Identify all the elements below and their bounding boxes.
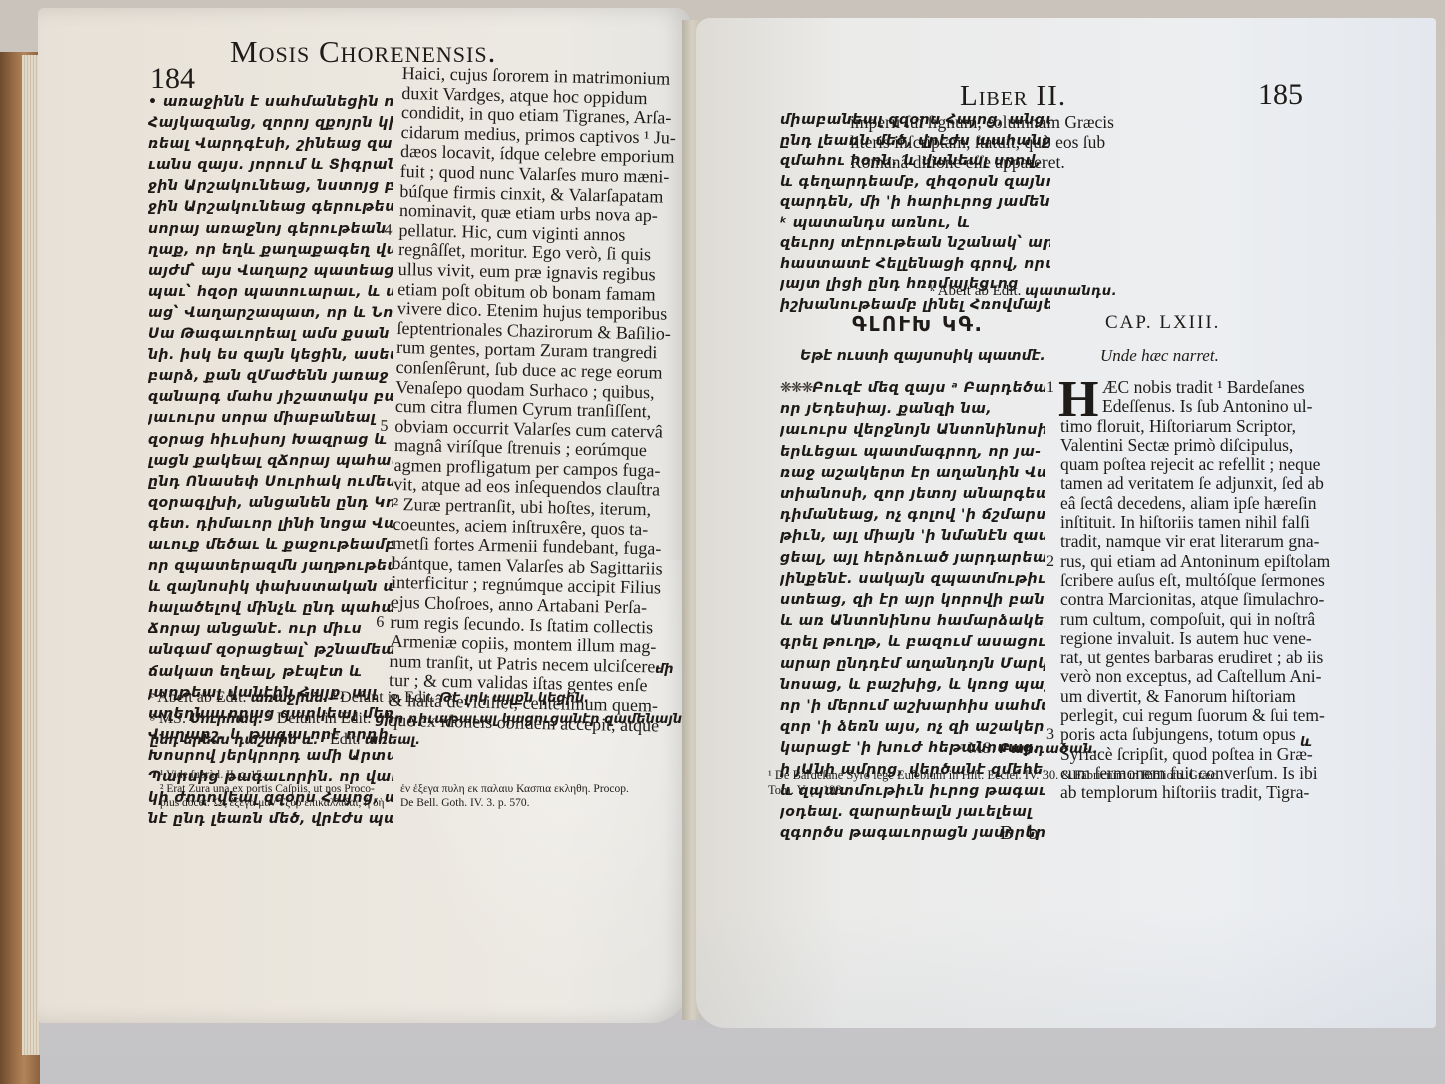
text-line: um divertit, & Fanorum hiſtoriam: [1060, 687, 1330, 706]
variant-note-row: ᵉ Abeſt ab Edit. առաջինն․ ᶠ Deſunt in Ed…: [150, 688, 682, 709]
text-line: Ճորայ անցանէ․ ուր միւս: [148, 619, 393, 640]
text-line: ընդ Ոնասեփ Սուրհակ ումեմն: [148, 472, 393, 493]
variant-notes-left: ᵉ Abeſt ab Edit. առաջինն․ ᶠ Deſunt in Ed…: [150, 688, 682, 751]
ms-note-latin: ᵃ MS.: [960, 740, 996, 757]
catchword-left: մի: [655, 662, 674, 677]
variant-note-text: առաջինն․: [251, 691, 333, 706]
text-line: quam poſtea rejecit ac refellit ; neque: [1060, 455, 1330, 474]
text-line: որ զպատերազմն յաղթութեամբ: [148, 556, 393, 577]
margin-number: 4: [384, 220, 392, 240]
variant-note-row: ᵍ MS. Սուրհակ․ ʰ Deſunt in Edit. ցիր դիւ…: [150, 709, 682, 730]
text-line: verò non exceptus, ad Caſtellum Ani-: [1060, 667, 1330, 686]
text-line: հալածելով մինչև ընդ պահակն: [148, 598, 393, 619]
text-line: յաւուրս սորա միաբանեալ: [148, 408, 393, 429]
footnote-1-right-cont: Tom. V. p. 198.: [768, 783, 1219, 798]
text-line: poris acta ſubjungens, totum opus: [1060, 725, 1330, 744]
text-line: թիւն, այլ միայն 'ի նմանէն զատու-: [780, 526, 1045, 547]
running-head-right: Liber II.: [960, 80, 1066, 113]
text-line: լացն քակեալ զՃորայ պահակն: [148, 451, 393, 472]
text-line: ղաք, որ եղև քաղաքագեղ վաճառ-: [148, 240, 393, 261]
text-line: perlegit, cui regum ſuorum & ſui tem-: [1060, 706, 1330, 725]
variant-note-text: ᵍ MS.: [150, 710, 190, 727]
text-line: regione invaluit. Is autem huc vene-: [1060, 629, 1330, 648]
text-line: ᵏ պատանդս առնու, և: [780, 213, 1050, 234]
text-line: բարձ, քան զՄաժենն յառաջ բարե: [148, 366, 393, 387]
text-line: ճակատ եղեալ, թէպէտ և: [148, 662, 393, 683]
variant-note-text: ընդ երեսս դաշտին և․: [150, 733, 323, 748]
text-line: յաւուրս վերջնոյն Անտոնինոսի,: [780, 420, 1045, 441]
text-line: որ 'ի մերում աշխարհիս սահմանեցան,: [780, 696, 1045, 717]
text-line: գետ․ դիմաւոր լինի նոցա Վաղարշ: [148, 514, 393, 535]
text-line: • առաջինն է սահմանեցին որ 'ի: [148, 92, 393, 113]
footnote-2-cont: pius docet. Ὡς ἐξεγα μαν Τζυρ επικαλλιδα…: [160, 796, 390, 810]
variant-note-row: ընդ երեսս դաշտին և․ ⁱ Edit. առեալ․: [150, 730, 682, 751]
text-line: և զայնոսիկ փախստական արարեալ,: [148, 577, 393, 598]
text-line: timo floruit, Hiſtoriarum Scriptor,: [1060, 417, 1330, 436]
text-line: ❋❋❋Բուզէ մեզ զայս ᵃ Բարդեծան,: [780, 378, 1045, 399]
footnote-2-greek: ἐν ἐξεγα πυλη εκ παλαιυ Κασπια εκληθη. P…: [400, 782, 680, 796]
margin-number: 6: [376, 612, 384, 632]
text-line: որ յԵդեսիայ․ քանզի նա,: [780, 399, 1045, 420]
text-line: զոր 'ի ձեռն այս, ոչ զի աշակերտեալ: [780, 717, 1045, 738]
text-line: այժմ՝ այս Վաղարշ պատեաց պարս-: [148, 261, 393, 282]
ornament-icon: ❋❋❋: [780, 380, 812, 396]
variant-note-text: առեալ․: [365, 733, 420, 748]
margin-number: 5: [380, 416, 388, 436]
text-line: contra Marcionitas, atque ſimulachro-: [1060, 590, 1330, 609]
text-line: ստեաց, զի էր այր կորովի բանից, որ: [780, 590, 1045, 611]
chapter-subtitle-latin: Unde hæc narret.: [1100, 346, 1219, 366]
text-line: յինքենէ․ սակայն զպատմութիւն ոչ: [780, 569, 1045, 590]
variant-note-text: ʰ Deſunt in Edit.: [268, 710, 376, 727]
variant-note-armenian: պատանդս․: [1025, 284, 1117, 299]
page-number-right: 185: [1258, 78, 1303, 112]
text-line: ջին Արշակունեաց, նստոյց բըզշ-: [148, 176, 393, 197]
text-line: և գեղարդեամբ, զհզօրսն զայնոսիկ: [780, 172, 1050, 193]
latin-column-right-top: imperii ſui ſignum, columnam Græcisliter…: [850, 112, 1114, 172]
ms-note-right: ᵃ MS. Բարդածան․: [960, 740, 1098, 758]
text-line: tamen ad veritatem ſe adjunxit, ſed ab: [1060, 474, 1330, 493]
text-line: նի․ իսկ ես զայն կեցին, ասեմ զօս: [148, 345, 393, 366]
text-line: ÆC nobis tradit ¹ Bardeſanes: [1060, 378, 1330, 397]
variant-note-right: ᵏ Abeſt ab Edit. պատանդս․: [930, 283, 1117, 300]
margin-number: 2: [1046, 552, 1054, 572]
text-line: զանարգ մահս յիշատակս բարի: [148, 387, 393, 408]
text-line: գրել թուղթ, և բազում ասացուածս: [780, 632, 1045, 653]
margin-number: 1: [1046, 378, 1054, 398]
text-line: դիմանեաց, ոչ գոլով 'ի ճշմարտու-: [780, 505, 1045, 526]
text-line: արար ընդդէմ աղանդոյն Մարկիոնի-: [780, 654, 1045, 675]
chapter-subtitle-armenian: Եթէ ուստի զայսոսիկ պատմէ․: [800, 348, 1046, 364]
text-line: զարդեն, մի 'ի հարիւրոց յամենեցունց: [780, 192, 1050, 213]
footnote-1-right: ¹ De Bardeſane Syro lege Euſebium in Hiſ…: [768, 768, 1219, 783]
text-line: ռեալ Վարդգէսի, շինեաց զա-: [148, 134, 393, 155]
text-line: Սա Թագաւորեալ ամս քսան մեռա-: [148, 324, 393, 345]
text-line: զեւրոյ տէրութեան նշանակ՝ արձան: [780, 233, 1050, 254]
text-line: Valentini Sectæ primò diſcipulus,: [1060, 436, 1330, 455]
text-line: ցեալ, այլ հերձուած յարդարեաց: [780, 548, 1045, 569]
text-line: Հայկազանց, զորոյ զքոյրն կին ա-: [148, 113, 393, 134]
text-line: և առ Անտոնինոս համարձակեցաւ: [780, 611, 1045, 632]
variant-note-text: ցիր դիւաթաւալ կացուցանէր զամենայն: [375, 712, 682, 727]
text-line: Romanâ ditione eſſe appareret.: [850, 152, 1114, 172]
footnote-2-ref: De Bell. Goth. IV. 3. p. 570.: [400, 796, 680, 810]
text-line: literis inſcriptam, ſtatuit, quò eos ſub: [850, 132, 1114, 152]
chapter-heading-latin: CAP. LXIII.: [1105, 312, 1220, 334]
footnote-2: ² Erat Zura una ex portis Caſpiis, ut no…: [160, 782, 390, 796]
text-line: նոսաց, և բաշխից, և կռոց պաշտամանց,: [780, 675, 1045, 696]
text-line: երևեցաւ պատմագրող, որ յա-: [780, 442, 1045, 463]
text-line: rat, ut gentes barbaras erudiret ; ab ii…: [1060, 648, 1330, 667]
page-number-left: 184: [150, 62, 195, 96]
ms-note-armenian: Բարդածան․: [1000, 742, 1099, 757]
text-line: tradit, namque vir erat literarum gna-: [1060, 532, 1330, 551]
text-line: ջին Արշակունեաց գերութեանն Հրէից,: [148, 197, 393, 218]
text-line: աց՝ Վաղարշապատ, որ և Նոր քաղաք: [148, 303, 393, 324]
text-line: Edeſſenus. Is ſub Antonino ul-: [1060, 397, 1330, 416]
text-line: rum cultum, compoſuit, qui in noſtrâ: [1060, 610, 1330, 629]
text-line: պաւ՝ հզօր պատուարաւ, և անուանե-: [148, 282, 393, 303]
latin-column-left: Haici, cujus ſororem in matrimoniumduxit…: [388, 64, 692, 736]
text-line: inſtituit. In hiſtoriis tamen nihil falſ…: [1060, 513, 1330, 532]
text-line: տիանոսի, զոր յետոյ անարգեալ յան-: [780, 484, 1045, 505]
signature-mark: B b: [1000, 822, 1043, 845]
latin-chapter-text: ÆC nobis tradit ¹ BardeſanesEdeſſenus. I…: [1060, 378, 1330, 803]
variant-note-text: ᶠ Deſunt in Edit.: [333, 689, 439, 706]
text-line: յօդեալ․ զարարեալն յաւելեալ: [780, 802, 1045, 823]
footnotes-right: ¹ De Bardeſane Syro lege Euſebium in Hiſ…: [768, 768, 1219, 798]
catchword-right: և: [1300, 735, 1312, 750]
text-line: Syriacè ſcripſit, quod poſtea in Græ-: [1060, 745, 1330, 764]
text-line: ռաջ աշակերտ էր աղանդին Վաղեն-: [780, 463, 1045, 484]
text-line: imperii ſui ſignum, columnam Græcis: [850, 112, 1114, 132]
text-line: անգամ զօրացեալ՝ թշնամեացն: [148, 640, 393, 661]
variant-note-text: Թէ լոկ այլքն կեցին․: [439, 691, 589, 706]
text-line: eâ ſectâ decedens, aliam ipſe hæreſin: [1060, 494, 1330, 513]
text-line: նէ ընդ լեառն մեծ, վրէժս պա-: [148, 809, 393, 830]
text-line: ւանս զայս․ յորում և Տիգրան, մի-: [148, 155, 393, 176]
open-book-photo: Mosis Chorenensis. 184 • առաջինն է սահմա…: [0, 0, 1445, 1084]
variant-note-text: Սուրհակ․: [190, 712, 268, 727]
footnote-1: ¹ Vide ſuprà l. II. c. 15.: [160, 768, 390, 782]
text-line: հաստատէ Հելլենացի գրով, որպէս: [780, 254, 1050, 275]
text-line: ſcribere auſus eſt, multóſque ſermones: [1060, 571, 1330, 590]
chapter-heading-armenian: ԳԼՈՒԽ ԿԳ․: [852, 312, 984, 336]
text-line: զօրագլխի, անցանեն ընդ Կուր: [148, 493, 393, 514]
variant-note-text: ⁱ Edit.: [323, 731, 365, 748]
variant-note-text: ᵉ Abeſt ab Edit.: [150, 689, 251, 706]
text-line: rus, qui etiam ad Antoninum epiſtolam: [1060, 552, 1330, 571]
text-line: աւուք մեծաւ և քաջութեամբ․: [148, 535, 393, 556]
variant-note-latin: ᵏ Abeſt ab Edit.: [930, 283, 1021, 299]
text-line: զօրաց հիւսիսոյ Խազրաց և Բաս-: [148, 430, 393, 451]
text-line: սորայ առաջնոյ գերութեան վաճառաքա-: [148, 219, 393, 240]
